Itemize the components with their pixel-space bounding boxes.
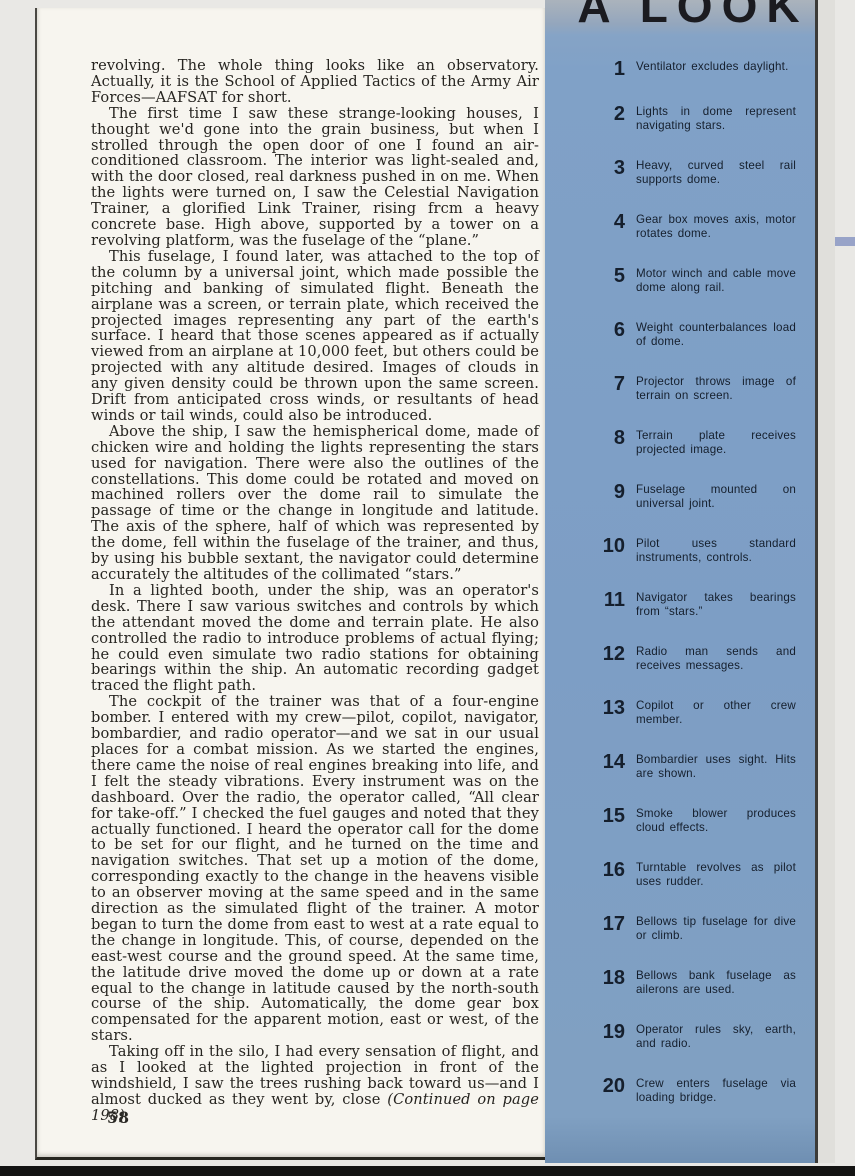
article-paragraph: In a lighted booth, under the ship, was … [91, 583, 539, 694]
key-item-number: 11 [587, 591, 636, 619]
key-item: 2 Lights in dome represent navigating st… [587, 105, 815, 133]
key-item: 19 Operator rules sky, earth, and radio. [587, 1023, 815, 1051]
key-item-text: Motor winch and cable move dome along ra… [636, 267, 796, 295]
key-item-text: Smoke blower produces cloud effects. [636, 807, 796, 835]
key-item-number: 13 [587, 699, 636, 727]
key-item-number: 6 [587, 321, 636, 349]
edge-marker [835, 237, 855, 246]
key-item-number: 17 [587, 915, 636, 943]
key-item-text: Terrain plate receives projected image. [636, 429, 796, 457]
magazine-page: revolving. The whole thing looks like an… [35, 8, 545, 1160]
key-item-text: Radio man sends and receives messages. [636, 645, 796, 673]
key-item-text: Ventilator excludes daylight. [636, 60, 796, 79]
key-item: 11 Navigator takes bearings from “stars.… [587, 591, 815, 619]
article-paragraph: The cockpit of the trainer was that of a… [91, 694, 539, 1044]
key-item-text: Heavy, curved steel rail supports dome. [636, 159, 796, 187]
key-item-number: 9 [587, 483, 636, 511]
key-item-text: Projector throws image of terrain on scr… [636, 375, 796, 403]
key-item-text: Operator rules sky, earth, and radio. [636, 1023, 796, 1051]
key-item-number: 18 [587, 969, 636, 997]
key-item: 4 Gear box moves axis, motor rotates dom… [587, 213, 815, 241]
page-number: 58 [107, 1108, 130, 1127]
key-item-text: Lights in dome represent navigating star… [636, 105, 796, 133]
numbered-key-panel: A LOOK 1 Ventilator excludes daylight. 2… [545, 0, 818, 1163]
key-item: 7 Projector throws image of terrain on s… [587, 375, 815, 403]
key-item: 10 Pilot uses standard instruments, cont… [587, 537, 815, 565]
scanned-magazine-spread: revolving. The whole thing looks like an… [0, 0, 855, 1176]
key-item-number: 20 [587, 1077, 636, 1105]
key-item-text: Gear box moves axis, motor rotates dome. [636, 213, 796, 241]
key-item-text: Crew enters fuselage via loading bridge. [636, 1077, 796, 1105]
key-item-text: Bellows tip fuselage for dive or climb. [636, 915, 796, 943]
page-right-margin [818, 0, 835, 1163]
key-item-text: Bombardier uses sight. Hits are shown. [636, 753, 796, 781]
key-item-number: 7 [587, 375, 636, 403]
key-item-text: Fuselage mounted on universal joint. [636, 483, 796, 511]
article-paragraph: Above the ship, I saw the hemispherical … [91, 424, 539, 583]
key-item-number: 1 [587, 60, 636, 79]
key-item-number: 8 [587, 429, 636, 457]
key-item-number: 4 [587, 213, 636, 241]
key-item: 15 Smoke blower produces cloud effects. [587, 807, 815, 835]
key-list: 1 Ventilator excludes daylight. 2 Lights… [545, 35, 815, 1105]
key-item: 18 Bellows bank fuselage as ailerons are… [587, 969, 815, 997]
key-item-text: Bellows bank fuselage as ailerons are us… [636, 969, 796, 997]
key-item: 9 Fuselage mounted on universal joint. [587, 483, 815, 511]
key-item-number: 10 [587, 537, 636, 565]
key-item-text: Navigator takes bearings from “stars.” [636, 591, 796, 619]
key-item-text: Pilot uses standard instruments, control… [636, 537, 796, 565]
key-item-number: 19 [587, 1023, 636, 1051]
key-item-number: 3 [587, 159, 636, 187]
key-item: 12 Radio man sends and receives messages… [587, 645, 815, 673]
key-item: 8 Terrain plate receives projected image… [587, 429, 815, 457]
key-item-text: Turntable revolves as pilot uses rudder. [636, 861, 796, 889]
article-paragraph: The first time I saw these strange-looki… [91, 106, 539, 249]
key-item: 3 Heavy, curved steel rail supports dome… [587, 159, 815, 187]
key-item: 5 Motor winch and cable move dome along … [587, 267, 815, 295]
key-item-number: 5 [587, 267, 636, 295]
key-item: 16 Turntable revolves as pilot uses rudd… [587, 861, 815, 889]
panel-title: A LOOK [551, 0, 808, 29]
key-item-number: 14 [587, 753, 636, 781]
key-item-number: 2 [587, 105, 636, 133]
key-item-number: 16 [587, 861, 636, 889]
key-item: 1 Ventilator excludes daylight. [587, 60, 815, 79]
scan-bottom-bar [0, 1166, 855, 1176]
panel-header: A LOOK [545, 0, 815, 35]
key-item-text: Copilot or other crew member. [636, 699, 796, 727]
key-item: 6 Weight counterbalances load of dome. [587, 321, 815, 349]
key-item: 20 Crew enters fuselage via loading brid… [587, 1077, 815, 1105]
article-paragraph: revolving. The whole thing looks like an… [91, 58, 539, 106]
key-item-number: 12 [587, 645, 636, 673]
article-text-column: revolving. The whole thing looks like an… [37, 8, 545, 1124]
article-paragraph: This fuselage, I found later, was attach… [91, 249, 539, 424]
key-item: 17 Bellows tip fuselage for dive or clim… [587, 915, 815, 943]
key-item: 14 Bombardier uses sight. Hits are shown… [587, 753, 815, 781]
key-item-number: 15 [587, 807, 636, 835]
article-paragraph: Taking off in the silo, I had every sens… [91, 1044, 539, 1124]
key-item: 13 Copilot or other crew member. [587, 699, 815, 727]
key-item-text: Weight counterbalances load of dome. [636, 321, 796, 349]
